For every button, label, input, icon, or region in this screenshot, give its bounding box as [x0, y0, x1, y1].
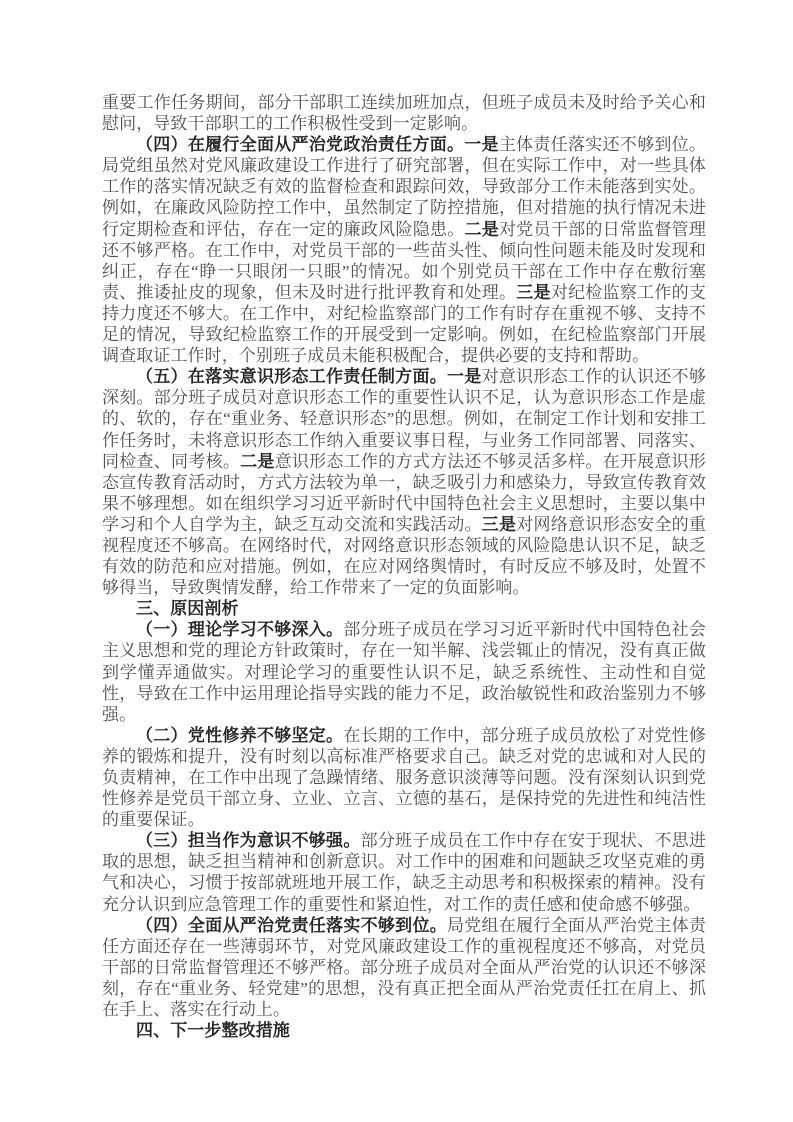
section-heading: 四、下一步整改措施: [102, 1020, 706, 1041]
bold-text-run: 二是: [240, 452, 275, 471]
paragraph: （二）党性修养不够坚定。在长期的工作中，部分班子成员放松了对党性修养的锻炼和提升…: [102, 725, 706, 830]
bold-text-run: （五）在落实意识形态工作责任制方面。一是: [136, 367, 482, 386]
bold-text-run: （四）全面从严治党责任落实不够到位。: [136, 916, 447, 935]
paragraph: （四）在履行全面从严治党政治责任方面。一是主体责任落实还不够到位。局党组虽然对党…: [102, 134, 706, 366]
document-page: 重要工作任务期间，部分干部职工连续加班加点，但班子成员未及时给予关心和慰问，导致…: [0, 0, 793, 1122]
bold-text-run: 二是: [465, 220, 500, 239]
text-run: 重要工作任务期间，部分干部职工连续加班加点，但班子成员未及时给予关心和慰问，导致…: [102, 93, 706, 133]
paragraph: 重要工作任务期间，部分干部职工连续加班加点，但班子成员未及时给予关心和慰问，导致…: [102, 92, 706, 134]
bold-text-run: 四、下一步整改措施: [136, 1021, 290, 1040]
bold-text-run: 三是: [516, 283, 551, 302]
bold-text-run: （一）理论学习不够深入。: [136, 620, 343, 639]
paragraph: （一）理论学习不够深入。部分班子成员在学习习近平新时代中国特色社会主义思想和党的…: [102, 619, 706, 724]
paragraph: （四）全面从严治党责任落实不够到位。局党组在履行全面从严治党主体责任方面还存在一…: [102, 915, 706, 1020]
bold-text-run: 三、原因剖析: [136, 599, 239, 618]
document-body: 重要工作任务期间，部分干部职工连续加班加点，但班子成员未及时给予关心和慰问，导致…: [102, 92, 706, 1041]
paragraph: （五）在落实意识形态工作责任制方面。一是对意识形态工作的认识还不够深刻。部分班子…: [102, 366, 706, 598]
section-heading: 三、原因剖析: [102, 598, 706, 619]
bold-text-run: （二）党性修养不够坚定。: [136, 726, 343, 745]
paragraph: （三）担当作为意识不够强。部分班子成员在工作中存在安于现状、不思进取的思想，缺乏…: [102, 830, 706, 914]
bold-text-run: （三）担当作为意识不够强。: [136, 831, 361, 850]
bold-text-run: 三是: [482, 515, 517, 534]
bold-text-run: （四）在履行全面从严治党政治责任方面。一是: [136, 135, 499, 154]
